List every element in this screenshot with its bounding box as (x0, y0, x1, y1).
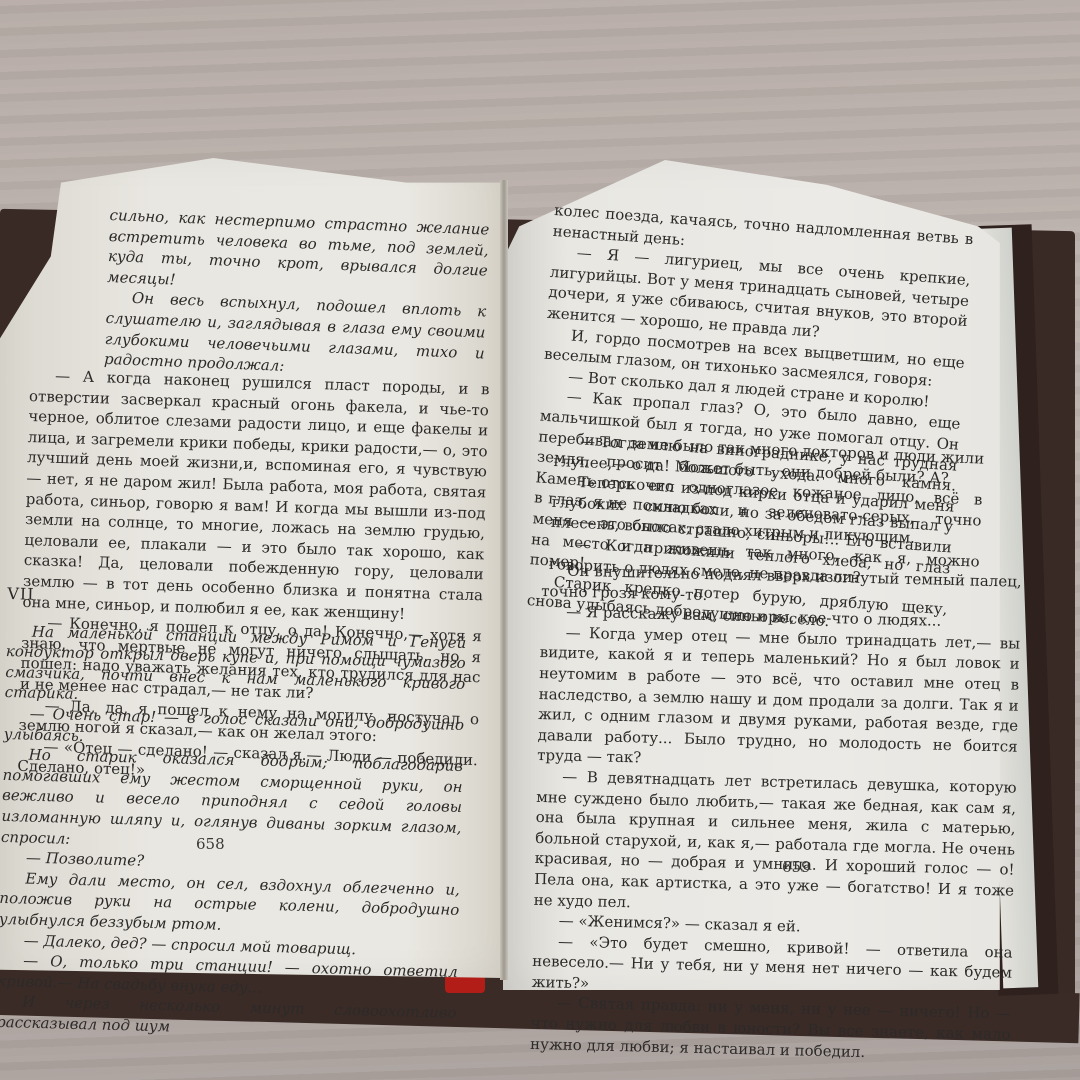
paragraph: На маленькой станции между Римом и Генуе… (5, 621, 467, 715)
left-page-text-top: сильно, как нестерпимо страстно желание … (104, 205, 490, 384)
paragraph: — Когда умер отец — мне было тринадцать … (537, 622, 1020, 778)
page-number-right: 659 (782, 858, 811, 876)
paragraph: — Святая правда: ни у меня, ни у нее — н… (530, 992, 1011, 1065)
right-page-text-bottom: Он внушительно поднял вверх изогнутый те… (530, 560, 1022, 1066)
paragraph: — «Это будет смешно, кривой! — ответила … (531, 931, 1012, 1004)
paragraph: Но старик оказался бодрым; поблагодарив … (1, 744, 464, 859)
chapter-heading: VII (7, 584, 467, 617)
book-gutter (500, 180, 508, 980)
page-number-left: 658 (196, 835, 225, 853)
paragraph: сильно, как нестерпимо страстно желание … (107, 205, 490, 302)
paragraph: — В девятнадцать лет встретилась девушка… (533, 766, 1016, 922)
paragraph: Ему дали место, он сел, вздохнул облегче… (0, 868, 460, 942)
left-page-text-bottom: VII На маленькой станции между Римом и Г… (0, 570, 468, 1044)
